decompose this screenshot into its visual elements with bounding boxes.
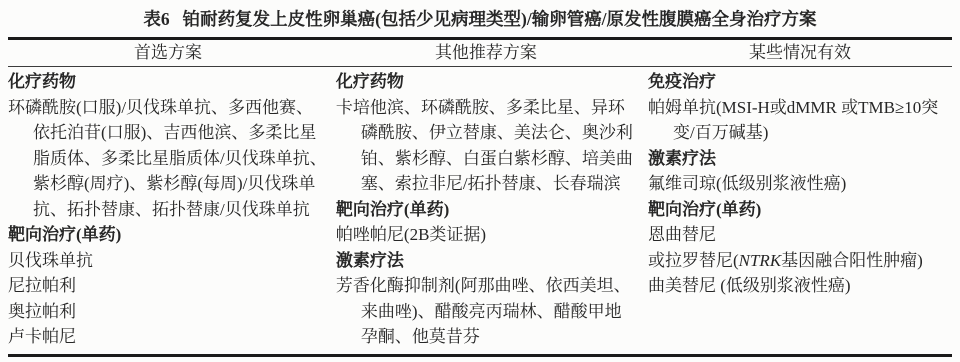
section-heading: 化疗药物 [8,69,328,95]
section-heading: 靶向治疗(单药) [8,222,328,248]
drug-item: 芳香化酶抑制剂(阿那曲唑、依西美坦、来曲唑)、醋酸亮丙瑞林、醋酸甲地孕酮、他莫昔… [336,273,636,350]
drug-item: 帕唑帕尼(2B类证据) [336,222,636,248]
drug-item: 奥拉帕利 [8,299,328,325]
drug-item: 贝伐珠单抗 [8,248,328,274]
column-header-3: 某些情况有效 [648,40,952,66]
drug-item-text: 基因融合阳性肿瘤) [781,251,923,270]
section-heading: 免疫治疗 [648,69,952,95]
drug-item: 卡培他滨、环磷酰胺、多柔比星、异环磷酰胺、伊立替康、美法仑、奥沙利铂、紫杉醇、白… [336,95,636,197]
section-heading: 激素疗法 [648,146,952,172]
column-body-1: 化疗药物环磷酰胺(口服)/贝伐珠单抗、多西他赛、依托泊苷(口服)、吉西他滨、多柔… [8,69,328,350]
table-body: 化疗药物环磷酰胺(口服)/贝伐珠单抗、多西他赛、依托泊苷(口服)、吉西他滨、多柔… [8,67,952,354]
drug-item: 帕姆单抗(MSI-H或dMMR 或TMB≥10突变/百万碱基) [648,95,952,146]
table-title-text: 铂耐药复发上皮性卵巢癌(包括少见病理类型)/输卵管癌/原发性腹膜癌全身治疗方案 [183,9,817,29]
gene-name-italic: NTRK [739,251,782,270]
drug-item: 卢卡帕尼 [8,324,328,350]
section-heading: 化疗药物 [336,69,636,95]
column-body-3: 免疫治疗帕姆单抗(MSI-H或dMMR 或TMB≥10突变/百万碱基)激素疗法氟… [648,69,952,350]
drug-item: 环磷酰胺(口服)/贝伐珠单抗、多西他赛、依托泊苷(口服)、吉西他滨、多柔比星脂质… [8,95,328,223]
section-heading: 激素疗法 [336,248,636,274]
drug-item: 曲美替尼 (低级别浆液性癌) [648,273,952,299]
treatment-table: 首选方案其他推荐方案某些情况有效 化疗药物环磷酰胺(口服)/贝伐珠单抗、多西他赛… [8,37,952,357]
drug-item: 恩曲替尼 [648,222,952,248]
column-body-2: 化疗药物卡培他滨、环磷酰胺、多柔比星、异环磷酰胺、伊立替康、美法仑、奥沙利铂、紫… [336,69,636,350]
drug-item: 尼拉帕利 [8,273,328,299]
column-header-1: 首选方案 [8,40,328,66]
table-number: 表6 [143,9,169,29]
drug-item: 或拉罗替尼(NTRK基因融合阳性肿瘤) [648,248,952,274]
section-heading: 靶向治疗(单药) [648,197,952,223]
table-header-row: 首选方案其他推荐方案某些情况有效 [8,40,952,67]
table-title: 表6铂耐药复发上皮性卵巢癌(包括少见病理类型)/输卵管癌/原发性腹膜癌全身治疗方… [0,0,960,31]
section-heading: 靶向治疗(单药) [336,197,636,223]
drug-item-text: 或拉罗替尼( [648,251,739,270]
column-header-2: 其他推荐方案 [336,40,636,66]
drug-item: 氟维司琼(低级别浆液性癌) [648,171,952,197]
